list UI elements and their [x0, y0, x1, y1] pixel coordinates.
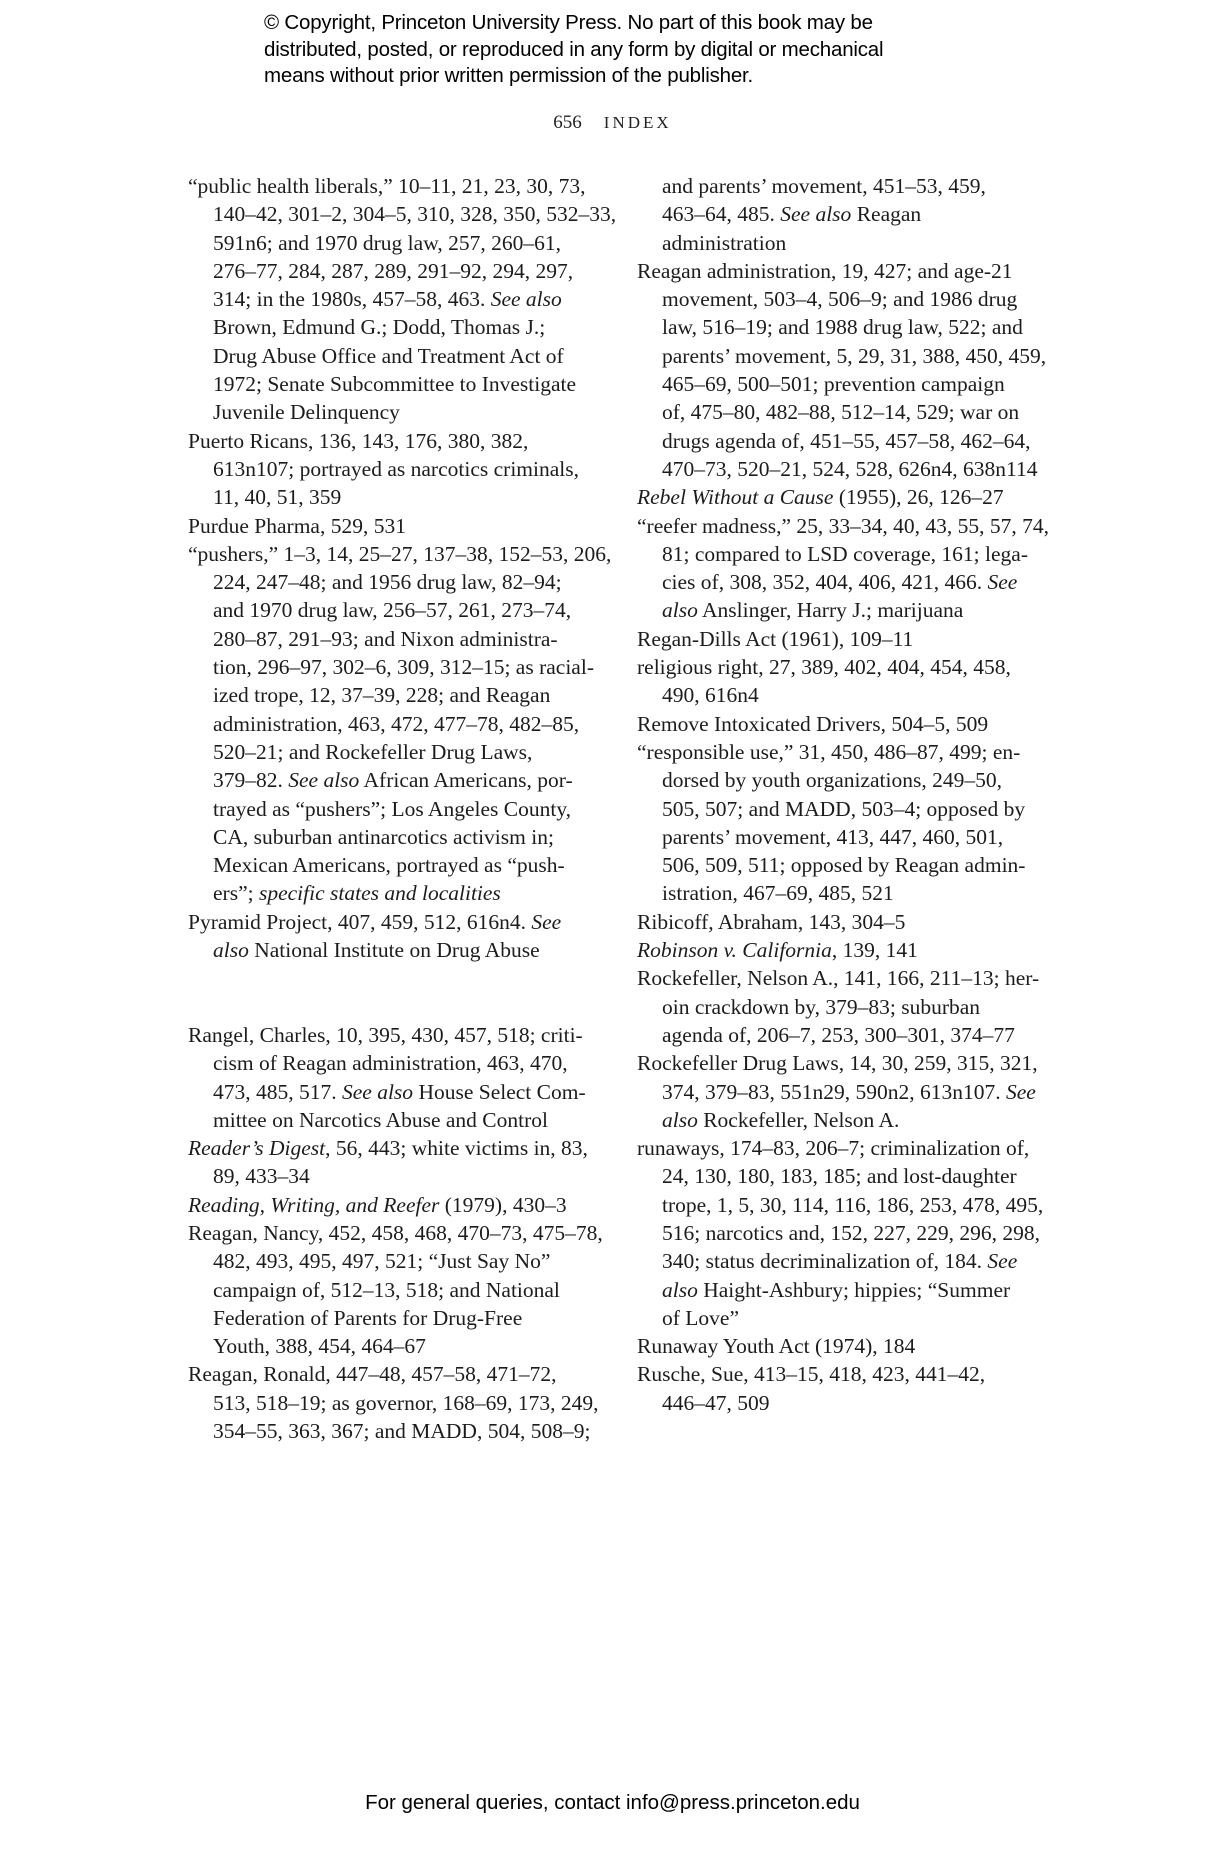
index-entry-subline: 506, 509, 511; opposed by Reagan admin-: [637, 851, 1067, 879]
index-column-right: and parents’ movement, 451–53, 459,463–6…: [637, 172, 1067, 1417]
index-entry-heading-line: Puerto Ricans, 136, 143, 176, 380, 382,: [188, 427, 608, 455]
index-entry-subline: 276–77, 284, 287, 289, 291–92, 294, 297,: [188, 257, 608, 285]
index-entry-subline: 354–55, 363, 367; and MADD, 504, 508–9;: [188, 1417, 608, 1445]
index-entry-subline: 11, 40, 51, 359: [188, 483, 608, 511]
italic-text: also: [662, 598, 698, 622]
index-entry-subline: administration: [637, 229, 1067, 257]
index-entry-subline: istration, 467–69, 485, 521: [637, 879, 1067, 907]
index-entry: Robinson v. California, 139, 141: [637, 936, 1067, 964]
index-entry-subline: 490, 616n4: [637, 681, 1067, 709]
italic-text: See also: [342, 1080, 413, 1104]
index-entry-subline: ers”; specific states and localities: [188, 879, 608, 907]
index-entry-heading-line: Purdue Pharma, 529, 531: [188, 512, 608, 540]
index-entry-subline: dorsed by youth organizations, 249–50,: [637, 766, 1067, 794]
running-head: 656INDEX: [0, 112, 1225, 134]
italic-text: also: [662, 1278, 698, 1302]
italic-text: See: [1006, 1080, 1036, 1104]
index-entry-subline: 613n107; portrayed as narcotics criminal…: [188, 455, 608, 483]
index-entry: “reefer madness,” 25, 33–34, 40, 43, 55,…: [637, 512, 1067, 625]
index-entry-subline: 24, 130, 180, 183, 185; and lost-daughte…: [637, 1162, 1067, 1190]
index-entry-subline: campaign of, 512–13, 518; and National: [188, 1276, 608, 1304]
index-entry: Ribicoff, Abraham, 143, 304–5: [637, 908, 1067, 936]
index-entry-subline: tion, 296–97, 302–6, 309, 312–15; as rac…: [188, 653, 608, 681]
index-entry-subline: Drug Abuse Office and Treatment Act of: [188, 342, 608, 370]
index-entry-heading-line: Remove Intoxicated Drivers, 504–5, 509: [637, 710, 1067, 738]
index-entry-heading-line: Robinson v. California, 139, 141: [637, 936, 1067, 964]
index-entry: Rockefeller, Nelson A., 141, 166, 211–13…: [637, 964, 1067, 1049]
index-entry-subline: 374, 379–83, 551n29, 590n2, 613n107. See: [637, 1078, 1067, 1106]
index-entry-subline: 379–82. See also African Americans, por-: [188, 766, 608, 794]
index-entry-subline: of, 475–80, 482–88, 512–14, 529; war on: [637, 398, 1067, 426]
index-entry-subline: administration, 463, 472, 477–78, 482–85…: [188, 710, 608, 738]
index-entry-subline: cism of Reagan administration, 463, 470,: [188, 1049, 608, 1077]
index-entry: Reagan administration, 19, 427; and age-…: [637, 257, 1067, 483]
index-entry-heading-line: “responsible use,” 31, 450, 486–87, 499;…: [637, 738, 1067, 766]
index-entry-subline: Mexican Americans, portrayed as “push-: [188, 851, 608, 879]
index-entry-subline: mittee on Narcotics Abuse and Control: [188, 1106, 608, 1134]
index-entry: Rebel Without a Cause (1955), 26, 126–27: [637, 483, 1067, 511]
index-entry-heading-line: runaways, 174–83, 206–7; criminalization…: [637, 1134, 1067, 1162]
index-entry-subline: trayed as “pushers”; Los Angeles County,: [188, 795, 608, 823]
index-entry-subline: 470–73, 520–21, 524, 528, 626n4, 638n114: [637, 455, 1067, 483]
index-entry-subline: 465–69, 500–501; prevention campaign: [637, 370, 1067, 398]
index-entry-subline: also National Institute on Drug Abuse: [188, 936, 608, 964]
index-entry-subline: 516; narcotics and, 152, 227, 229, 296, …: [637, 1219, 1067, 1247]
index-entry: “responsible use,” 31, 450, 486–87, 499;…: [637, 738, 1067, 908]
index-entry-heading-line: Rebel Without a Cause (1955), 26, 126–27: [637, 483, 1067, 511]
index-entry: Regan-Dills Act (1961), 109–11: [637, 625, 1067, 653]
italic-text: also: [662, 1108, 698, 1132]
index-entry-heading-line: Runaway Youth Act (1974), 184: [637, 1332, 1067, 1360]
index-entry-subline: 340; status decriminalization of, 184. S…: [637, 1247, 1067, 1275]
index-entry-heading-line: “public health liberals,” 10–11, 21, 23,…: [188, 172, 608, 200]
index-entry-subline: 473, 485, 517. See also House Select Com…: [188, 1078, 608, 1106]
index-entry-subline: 1972; Senate Subcommittee to Investigate: [188, 370, 608, 398]
index-entry-subline: 81; compared to LSD coverage, 161; lega-: [637, 540, 1067, 568]
index-entry-heading-line: Ribicoff, Abraham, 143, 304–5: [637, 908, 1067, 936]
index-entry-subline: 513, 518–19; as governor, 168–69, 173, 2…: [188, 1389, 608, 1417]
index-entry: religious right, 27, 389, 402, 404, 454,…: [637, 653, 1067, 710]
index-entry-heading-line: Rusche, Sue, 413–15, 418, 423, 441–42,: [637, 1360, 1067, 1388]
index-entry-subline: 482, 493, 495, 497, 521; “Just Say No”: [188, 1247, 608, 1275]
index-entry-subline: parents’ movement, 5, 29, 31, 388, 450, …: [637, 342, 1067, 370]
index-entry: runaways, 174–83, 206–7; criminalization…: [637, 1134, 1067, 1332]
index-entry-heading-line: Reagan, Nancy, 452, 458, 468, 470–73, 47…: [188, 1219, 608, 1247]
index-entry-subline: Juvenile Delinquency: [188, 398, 608, 426]
index-entry-subline: Youth, 388, 454, 464–67: [188, 1332, 608, 1360]
index-entry-subline: 505, 507; and MADD, 503–4; opposed by: [637, 795, 1067, 823]
section-title: INDEX: [604, 113, 672, 132]
index-entry-subline: 520–21; and Rockefeller Drug Laws,: [188, 738, 608, 766]
index-entry: Reagan, Nancy, 452, 458, 468, 470–73, 47…: [188, 1219, 608, 1360]
index-entry-heading-line: Reagan administration, 19, 427; and age-…: [637, 257, 1067, 285]
index-entry-subline: 463–64, 485. See also Reagan: [637, 200, 1067, 228]
index-entry-subline: cies of, 308, 352, 404, 406, 421, 466. S…: [637, 568, 1067, 596]
index-entry-subline: 280–87, 291–93; and Nixon administra-: [188, 625, 608, 653]
index-entry-heading-line: Pyramid Project, 407, 459, 512, 616n4. S…: [188, 908, 608, 936]
footer-contact: For general queries, contact info@press.…: [0, 1791, 1225, 1815]
index-entry: Reader’s Digest, 56, 443; white victims …: [188, 1134, 608, 1191]
index-entry: Rusche, Sue, 413–15, 418, 423, 441–42,44…: [637, 1360, 1067, 1417]
index-entry: Remove Intoxicated Drivers, 504–5, 509: [637, 710, 1067, 738]
index-entry-heading-line: Rangel, Charles, 10, 395, 430, 457, 518;…: [188, 1021, 608, 1049]
index-entry-subline: also Rockefeller, Nelson A.: [637, 1106, 1067, 1134]
copyright-notice: © Copyright, Princeton University Press.…: [264, 10, 984, 90]
index-entry-subline: and parents’ movement, 451–53, 459,: [637, 172, 1067, 200]
index-entry: Rockefeller Drug Laws, 14, 30, 259, 315,…: [637, 1049, 1067, 1134]
italic-text: specific states and localities: [259, 881, 501, 905]
index-entry-subline: Brown, Edmund G.; Dodd, Thomas J.;: [188, 313, 608, 341]
index-entry-subline: 140–42, 301–2, 304–5, 310, 328, 350, 532…: [188, 200, 608, 228]
index-entry: “public health liberals,” 10–11, 21, 23,…: [188, 172, 608, 427]
italic-text: Reader’s Digest: [188, 1136, 325, 1160]
index-entry-heading-line: Reading, Writing, and Reefer (1979), 430…: [188, 1191, 608, 1219]
index-entry: and parents’ movement, 451–53, 459,463–6…: [637, 172, 1067, 257]
index-entry-subline: trope, 1, 5, 30, 114, 116, 186, 253, 478…: [637, 1191, 1067, 1219]
index-entry: Purdue Pharma, 529, 531: [188, 512, 608, 540]
index-entry-subline: CA, suburban antinarcotics activism in;: [188, 823, 608, 851]
index-entry-subline: of Love”: [637, 1304, 1067, 1332]
index-entry-heading-line: “pushers,” 1–3, 14, 25–27, 137–38, 152–5…: [188, 540, 608, 568]
index-entry-heading-line: Reagan, Ronald, 447–48, 457–58, 471–72,: [188, 1360, 608, 1388]
index-entry-subline: 591n6; and 1970 drug law, 257, 260–61,: [188, 229, 608, 257]
copyright-line: © Copyright, Princeton University Press.…: [264, 10, 984, 37]
index-entry-heading-line: Rockefeller Drug Laws, 14, 30, 259, 315,…: [637, 1049, 1067, 1077]
index-entry-subline: ized trope, 12, 37–39, 228; and Reagan: [188, 681, 608, 709]
index-entry-subline: 224, 247–48; and 1956 drug law, 82–94;: [188, 568, 608, 596]
copyright-line: distributed, posted, or reproduced in an…: [264, 37, 984, 64]
italic-text: See: [987, 570, 1017, 594]
index-entry-heading-line: “reefer madness,” 25, 33–34, 40, 43, 55,…: [637, 512, 1067, 540]
italic-text: Robinson v. California: [637, 938, 832, 962]
italic-text: See also: [288, 768, 359, 792]
index-entry-subline: 314; in the 1980s, 457–58, 463. See also: [188, 285, 608, 313]
index-column-left: “public health liberals,” 10–11, 21, 23,…: [188, 172, 608, 1445]
italic-text: also: [213, 938, 249, 962]
index-entry-subline: also Anslinger, Harry J.; marijuana: [637, 596, 1067, 624]
index-entry: Pyramid Project, 407, 459, 512, 616n4. S…: [188, 908, 608, 965]
index-entry: “pushers,” 1–3, 14, 25–27, 137–38, 152–5…: [188, 540, 608, 908]
index-entry: Reading, Writing, and Reefer (1979), 430…: [188, 1191, 608, 1219]
index-entry-subline: agenda of, 206–7, 253, 300–301, 374–77: [637, 1021, 1067, 1049]
index-entry-subline: movement, 503–4, 506–9; and 1986 drug: [637, 285, 1067, 313]
index-entry-subline: and 1970 drug law, 256–57, 261, 273–74,: [188, 596, 608, 624]
italic-text: See: [987, 1249, 1017, 1273]
index-entry-heading-line: Reader’s Digest, 56, 443; white victims …: [188, 1134, 608, 1162]
index-entry: Reagan, Ronald, 447–48, 457–58, 471–72,5…: [188, 1360, 608, 1445]
italic-text: Rebel Without a Cause: [637, 485, 833, 509]
italic-text: See: [531, 910, 561, 934]
index-entry-subline: oin crackdown by, 379–83; suburban: [637, 993, 1067, 1021]
index-entry-subline: drugs agenda of, 451–55, 457–58, 462–64,: [637, 427, 1067, 455]
index-entry-subline: 446–47, 509: [637, 1389, 1067, 1417]
index-entry-subline: law, 516–19; and 1988 drug law, 522; and: [637, 313, 1067, 341]
page-number: 656: [553, 112, 582, 133]
letter-section-break: [188, 964, 608, 1021]
index-entry-subline: Federation of Parents for Drug-Free: [188, 1304, 608, 1332]
index-entry: Runaway Youth Act (1974), 184: [637, 1332, 1067, 1360]
italic-text: See also: [780, 202, 851, 226]
index-entry-subline: 89, 433–34: [188, 1162, 608, 1190]
index-entry-heading-line: religious right, 27, 389, 402, 404, 454,…: [637, 653, 1067, 681]
index-entry-subline: parents’ movement, 413, 447, 460, 501,: [637, 823, 1067, 851]
italic-text: Reading, Writing, and Reefer: [188, 1193, 439, 1217]
index-entry: Rangel, Charles, 10, 395, 430, 457, 518;…: [188, 1021, 608, 1134]
italic-text: See also: [491, 287, 562, 311]
index-entry-heading-line: Regan-Dills Act (1961), 109–11: [637, 625, 1067, 653]
copyright-line: means without prior written permission o…: [264, 63, 984, 90]
index-entry-heading-line: Rockefeller, Nelson A., 141, 166, 211–13…: [637, 964, 1067, 992]
index-entry: Puerto Ricans, 136, 143, 176, 380, 382,6…: [188, 427, 608, 512]
index-entry-subline: also Haight-Ashbury; hippies; “Summer: [637, 1276, 1067, 1304]
